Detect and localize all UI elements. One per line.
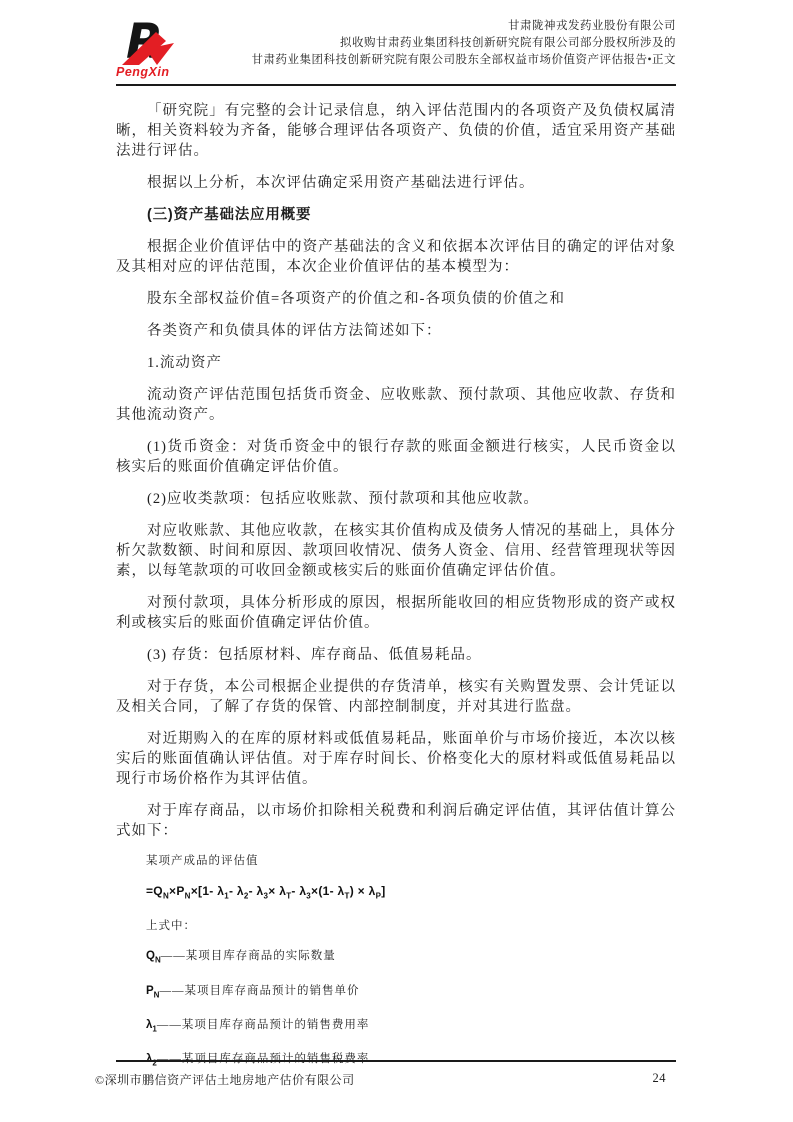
symbol-definitions: QN——某项目库存商品的实际数量PN——某项目库存商品预计的销售单价λ1——某项… (146, 948, 676, 1071)
body-paragraph: 「研究院」有完整的会计记录信息，纳入评估范围内的各项资产及负债权属清晰，相关资料… (116, 101, 676, 161)
header-title-block: 甘肃陇神戎发药业股份有限公司 拟收购甘肃药业集团科技创新研究院有限公司部分股权所… (251, 14, 676, 69)
body-paragraph: 根据以上分析，本次评估确定采用资产基础法进行评估。 (116, 173, 676, 193)
logo-r-icon: R (116, 16, 186, 66)
page-number: 24 (653, 1071, 677, 1086)
document-page: R PengXin 甘肃陇神戎发药业股份有限公司 拟收购甘肃药业集团科技创新研究… (0, 0, 793, 1122)
header-rule (116, 84, 676, 86)
body-paragraph: 各类资产和负债具体的评估方法简述如下： (116, 321, 676, 341)
body-paragraph: 流动资产评估范围包括货币资金、应收账款、预付款项、其他应收款、存货和其他流动资产… (116, 385, 676, 425)
formula-intro: 某项产成品的评估值 (146, 853, 676, 869)
header-title-line: 甘肃药业集团科技创新研究院有限公司股东全部权益市场价值资产评估报告•正文 (251, 52, 676, 69)
body-paragraph: 对应收账款、其他应收款，在核实其价值构成及债务人情况的基础上，具体分析欠款数额、… (116, 521, 676, 581)
body-paragraph: 对于库存商品，以市场价扣除相关税费和利润后确定评估值，其评估值计算公式如下： (116, 801, 676, 841)
body-paragraph: (1)货币资金：对货币资金中的银行存款的账面金额进行核实，人民币资金以核实后的账… (116, 437, 676, 477)
logo-brand-text: PengXin (116, 65, 200, 79)
page-footer: ©深圳市鹏信资产评估土地房地产估价有限公司 24 (116, 1060, 676, 1088)
footer-rule (116, 1060, 676, 1062)
body-paragraph: (3) 存货：包括原材料、库存商品、低值易耗品。 (116, 645, 676, 665)
pengxin-logo: R PengXin (116, 14, 200, 79)
symbol-definition: λ1——某项目库存商品预计的销售费用率 (146, 1017, 676, 1037)
formula-section: 某项产成品的评估值 =QN×PN×[1- λ1- λ2- λ3× λT- λ3×… (146, 853, 676, 1072)
section-heading: (三)资产基础法应用概要 (116, 205, 676, 225)
body-paragraph: 对近期购入的在库的原材料或低值易耗品，账面单价与市场价接近，本次以核实后的账面值… (116, 729, 676, 789)
document-body: 「研究院」有完整的会计记录信息，纳入评估范围内的各项资产及负债权属清晰，相关资料… (116, 101, 676, 1072)
paragraph-list: 「研究院」有完整的会计记录信息，纳入评估范围内的各项资产及负债权属清晰，相关资料… (116, 101, 676, 841)
body-paragraph: 对于存货，本公司根据企业提供的存货清单，核实有关购置发票、会计凭证以及相关合同，… (116, 677, 676, 717)
body-paragraph: 对预付款项，具体分析形成的原因，根据所能收回的相应货物形成的资产或权利或核实后的… (116, 593, 676, 633)
symbol-label: QN (146, 950, 161, 962)
footer-company: ©深圳市鹏信资产评估土地房地产估价有限公司 (95, 1071, 355, 1088)
symbol-label: λ1 (146, 1019, 157, 1031)
body-paragraph: 1.流动资产 (116, 353, 676, 373)
body-paragraph: 根据企业价值评估中的资产基础法的含义和依据本次评估目的确定的评估对象及其相对应的… (116, 237, 676, 277)
header-title-line: 拟收购甘肃药业集团科技创新研究院有限公司部分股权所涉及的 (251, 35, 676, 52)
symbol-definition: PN——某项目库存商品预计的销售单价 (146, 983, 676, 1003)
symbol-definition: QN——某项目库存商品的实际数量 (146, 948, 676, 968)
header-title-line: 甘肃陇神戎发药业股份有限公司 (251, 18, 676, 35)
formula-where-label: 上式中： (146, 918, 676, 934)
symbol-label: PN (146, 985, 159, 997)
formula-line: =QN×PN×[1- λ1- λ2- λ3× λT- λ3×(1- λT) × … (146, 883, 676, 904)
body-paragraph: 股东全部权益价值=各项资产的价值之和-各项负债的价值之和 (116, 289, 676, 309)
body-paragraph: (2)应收类款项：包括应收账款、预付款项和其他应收款。 (116, 489, 676, 509)
footer-row: ©深圳市鹏信资产评估土地房地产估价有限公司 24 (95, 1071, 676, 1088)
page-header: R PengXin 甘肃陇神戎发药业股份有限公司 拟收购甘肃药业集团科技创新研究… (116, 14, 676, 84)
